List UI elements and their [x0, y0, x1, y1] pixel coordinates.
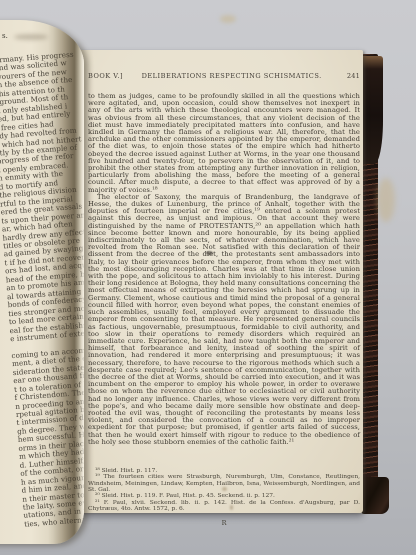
- book-left-page-curled: s. Germany. His progress, and was solici…: [0, 20, 84, 544]
- body-paragraph: The elector of Saxony, the marquis of Br…: [88, 194, 360, 446]
- book-right-page: BOOK V.] DELIBERATIONS RESPECTING SCHISM…: [62, 50, 363, 513]
- left-page-text-fragments: Germany. His progress, and was solicited…: [0, 47, 84, 530]
- book-label: BOOK V.]: [88, 72, 142, 80]
- background-stain: [220, 15, 236, 23]
- page-number: 241: [322, 72, 360, 80]
- page-content: BOOK V.] DELIBERATIONS RESPECTING SCHISM…: [88, 72, 360, 527]
- footnotes: ¹⁸ Sleid. Hist. p. 117.¹⁹ The fourteen c…: [88, 468, 360, 512]
- running-header: BOOK V.] DELIBERATIONS RESPECTING SCHISM…: [88, 72, 360, 80]
- footnote-line: ²¹ F. Paul, xlvii. Seckend. lib. ii. p. …: [88, 500, 360, 513]
- book-photo-scene: BOOK V.] DELIBERATIONS RESPECTING SCHISM…: [0, 0, 416, 555]
- signature-mark: R: [88, 519, 360, 527]
- book-cover-bottom-corner: [361, 477, 389, 514]
- page-body-text: to them as judges, came to be profoundly…: [88, 93, 360, 446]
- faded-header-smudge: [14, 34, 48, 40]
- body-paragraph: to them as judges, came to be profoundly…: [88, 93, 360, 194]
- book-cover-top-corner: [361, 56, 383, 164]
- background-stain: [377, 178, 395, 222]
- left-page-header-fragment: s.: [2, 32, 8, 40]
- footnote-line: ¹⁹ The fourteen cities were Strasburgh, …: [88, 474, 360, 493]
- running-title: DELIBERATIONS RESPECTING SCHISMATICS.: [142, 72, 322, 80]
